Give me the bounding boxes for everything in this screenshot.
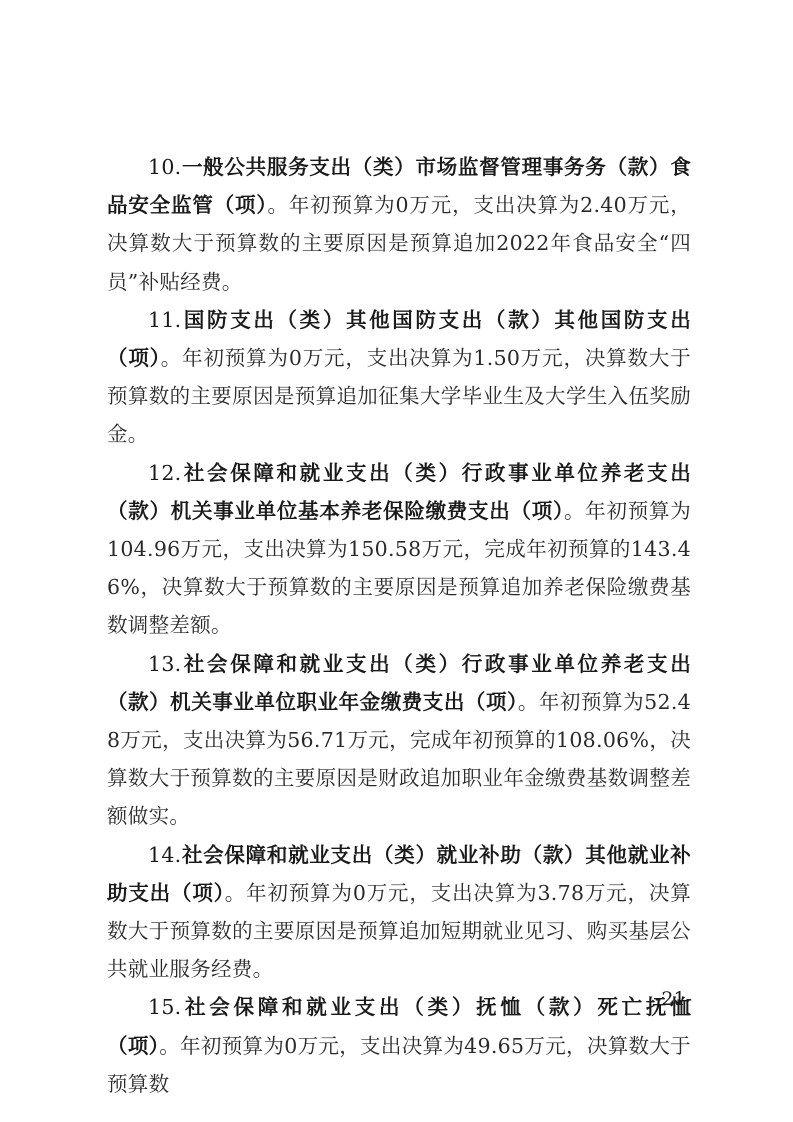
item-number: 11. — [148, 308, 182, 332]
item-number: 12. — [148, 461, 182, 485]
paragraph-10: 10.一般公共服务支出（类）市场监督管理事务务（款）食品安全监管（项）。年初预算… — [107, 148, 691, 301]
paragraph-14: 14.社会保障和就业支出（类）就业补助（款）其他就业补助支出（项）。年初预算为0… — [107, 836, 691, 989]
page-number: -21- — [655, 988, 692, 1010]
item-body: 。年初预算为0万元，支出决算为49.65万元，决算数大于预算数 — [107, 1034, 691, 1096]
item-number: 10. — [148, 155, 182, 179]
item-body: 。年初预算为0万元，支出决算为1.50万元，决算数大于预算数的主要原因是预算追加… — [107, 346, 691, 446]
item-number: 13. — [148, 652, 182, 676]
document-body: 10.一般公共服务支出（类）市场监督管理事务务（款）食品安全监管（项）。年初预算… — [107, 148, 691, 1103]
paragraph-13: 13.社会保障和就业支出（类）行政事业单位养老支出（款）机关事业单位职业年金缴费… — [107, 645, 691, 836]
item-number: 14. — [148, 843, 182, 867]
item-number: 15. — [148, 995, 182, 1019]
paragraph-12: 12.社会保障和就业支出（类）行政事业单位养老支出（款）机关事业单位基本养老保险… — [107, 454, 691, 645]
paragraph-11: 11.国防支出（类）其他国防支出（款）其他国防支出（项）。年初预算为0万元，支出… — [107, 301, 691, 454]
paragraph-15: 15.社会保障和就业支出（类）抚恤（款）死亡抚恤（项）。年初预算为0万元，支出决… — [107, 988, 691, 1103]
